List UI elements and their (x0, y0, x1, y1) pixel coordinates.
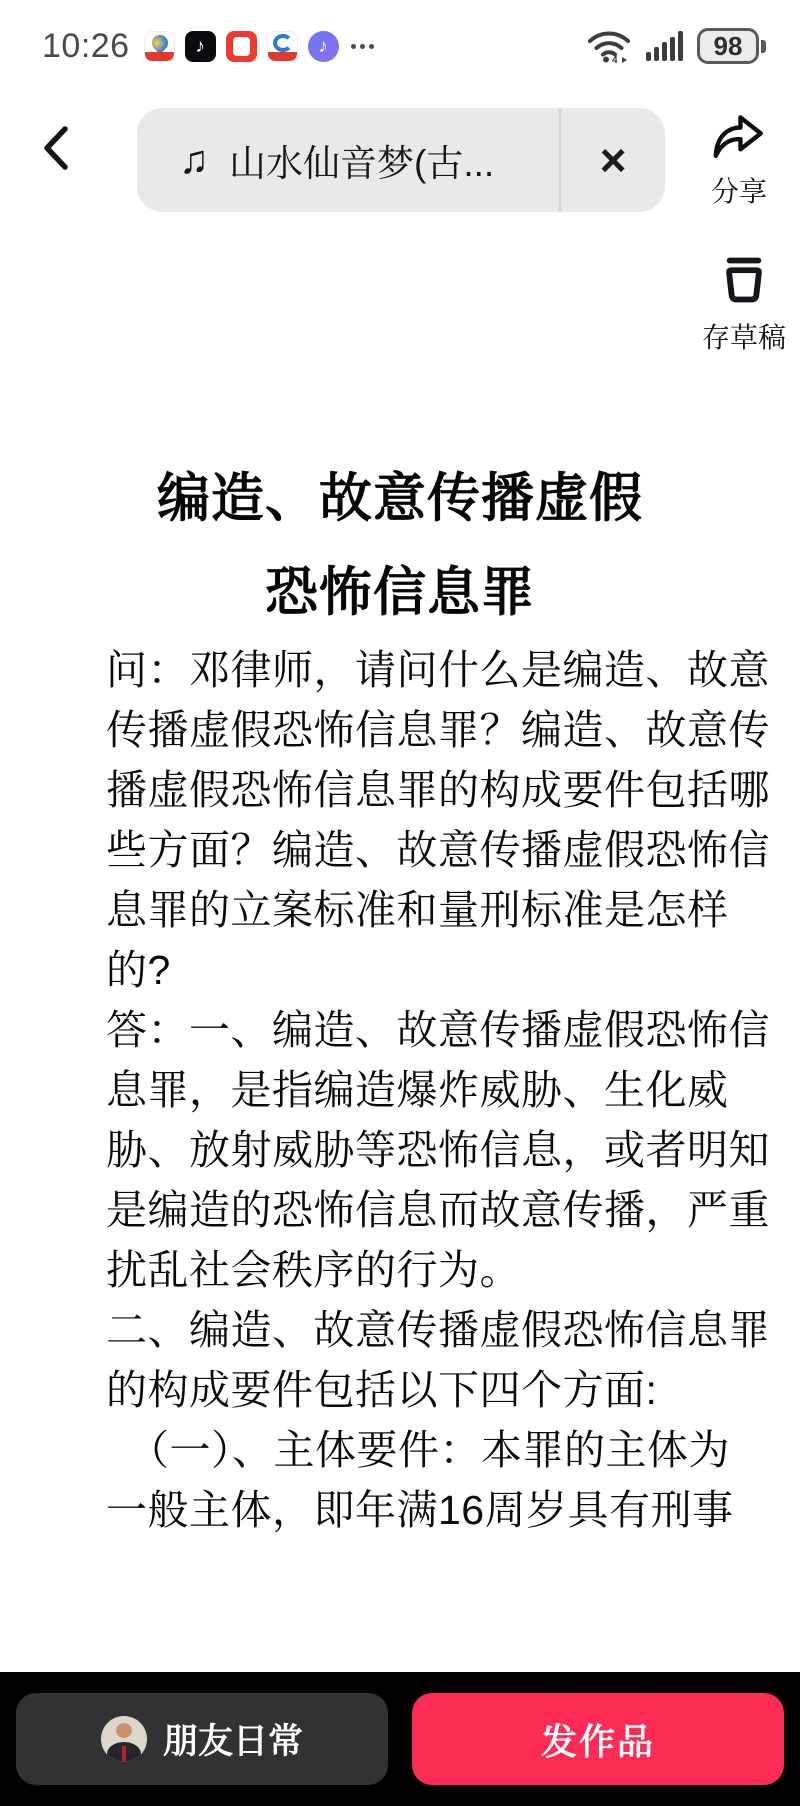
wifi-icon: 4 (586, 28, 632, 64)
body-line: 胁、放射威胁等恐怖信息，或者明知 (106, 1120, 704, 1180)
share-label: 分享 (711, 170, 767, 210)
back-button[interactable] (34, 120, 78, 176)
status-bar: 10:26 ♪ ♪ 4 (0, 20, 800, 72)
body-line: 是编造的恐怖信息而故意传播，严重 (106, 1180, 704, 1240)
body-line: （一）、主体要件：本罪的主体为 (106, 1420, 704, 1480)
status-indicators: 4 98 (586, 28, 766, 64)
body-line: 播虚假恐怖信息罪的构成要件包括哪 (106, 760, 704, 820)
body-line: 的构成要件包括以下四个方面: (106, 1360, 704, 1420)
battery-percent: 98 (714, 31, 743, 62)
body-line: 一般主体，即年满16周岁具有刑事 (106, 1480, 704, 1540)
body-line: 息罪的立案标准和量刑标准是怎样 (106, 880, 704, 940)
clock: 10:26 (42, 27, 130, 66)
body-line: 问：邓律师，请问什么是编造、故意 (106, 640, 704, 700)
save-draft-button[interactable]: 存草稿 (696, 252, 792, 356)
music-app-icon: ♪ (308, 31, 339, 62)
news-app-icon (144, 31, 175, 62)
body-line: 息罪，是指编造爆炸威胁、生化威 (106, 1060, 704, 1120)
share-arrow-icon (710, 112, 768, 162)
draft-label: 存草稿 (702, 316, 786, 356)
daily-label: 朋友日常 (163, 1714, 303, 1764)
publish-button[interactable]: 发作品 (412, 1693, 784, 1785)
remove-music-button[interactable]: × (561, 108, 665, 212)
article-title-line: 编造、故意传播虚假 (0, 452, 800, 546)
douyin-app-icon: ♪ (185, 31, 216, 62)
music-selector[interactable]: ♫ 山水仙音梦(古... × (137, 108, 665, 212)
article-body: 问：邓律师，请问什么是编造、故意 传播虚假恐怖信息罪？编造、故意传 播虚假恐怖信… (106, 640, 704, 1540)
music-note-icon: ♫ (179, 140, 209, 180)
body-line: 二、编造、故意传播虚假恐怖信息罪 (106, 1300, 704, 1360)
chevron-left-icon (41, 124, 71, 172)
reader-app-icon (226, 31, 257, 62)
share-button[interactable]: 分享 (696, 112, 782, 210)
draft-box-icon (718, 252, 770, 308)
user-avatar (101, 1716, 147, 1762)
cellular-signal-icon (646, 31, 683, 61)
article-title: 编造、故意传播虚假 恐怖信息罪 (0, 452, 800, 640)
body-line: 传播虚假恐怖信息罪？编造、故意传 (106, 700, 704, 760)
post-daily-button[interactable]: 朋友日常 (16, 1693, 388, 1785)
body-line: 的? (106, 940, 704, 1000)
body-line: 些方面？编造、故意传播虚假恐怖信 (106, 820, 704, 880)
close-icon: × (600, 133, 627, 187)
music-title: 山水仙音梦(古... (229, 133, 559, 187)
article-title-line: 恐怖信息罪 (0, 546, 800, 640)
svg-text:4: 4 (612, 55, 618, 64)
publish-screen: 10:26 ♪ ♪ 4 (0, 0, 800, 1806)
battery-icon: 98 (697, 28, 766, 64)
notification-app-icons: ♪ ♪ (144, 31, 339, 62)
bottom-action-bar: 朋友日常 发作品 (0, 1672, 800, 1806)
body-line: 答：一、编造、故意传播虚假恐怖信 (106, 1000, 704, 1060)
publish-label: 发作品 (541, 1714, 655, 1765)
body-line: 扰乱社会秩序的行为。 (106, 1240, 704, 1300)
more-notifications-icon (351, 44, 374, 49)
cloud-app-icon (267, 31, 298, 62)
